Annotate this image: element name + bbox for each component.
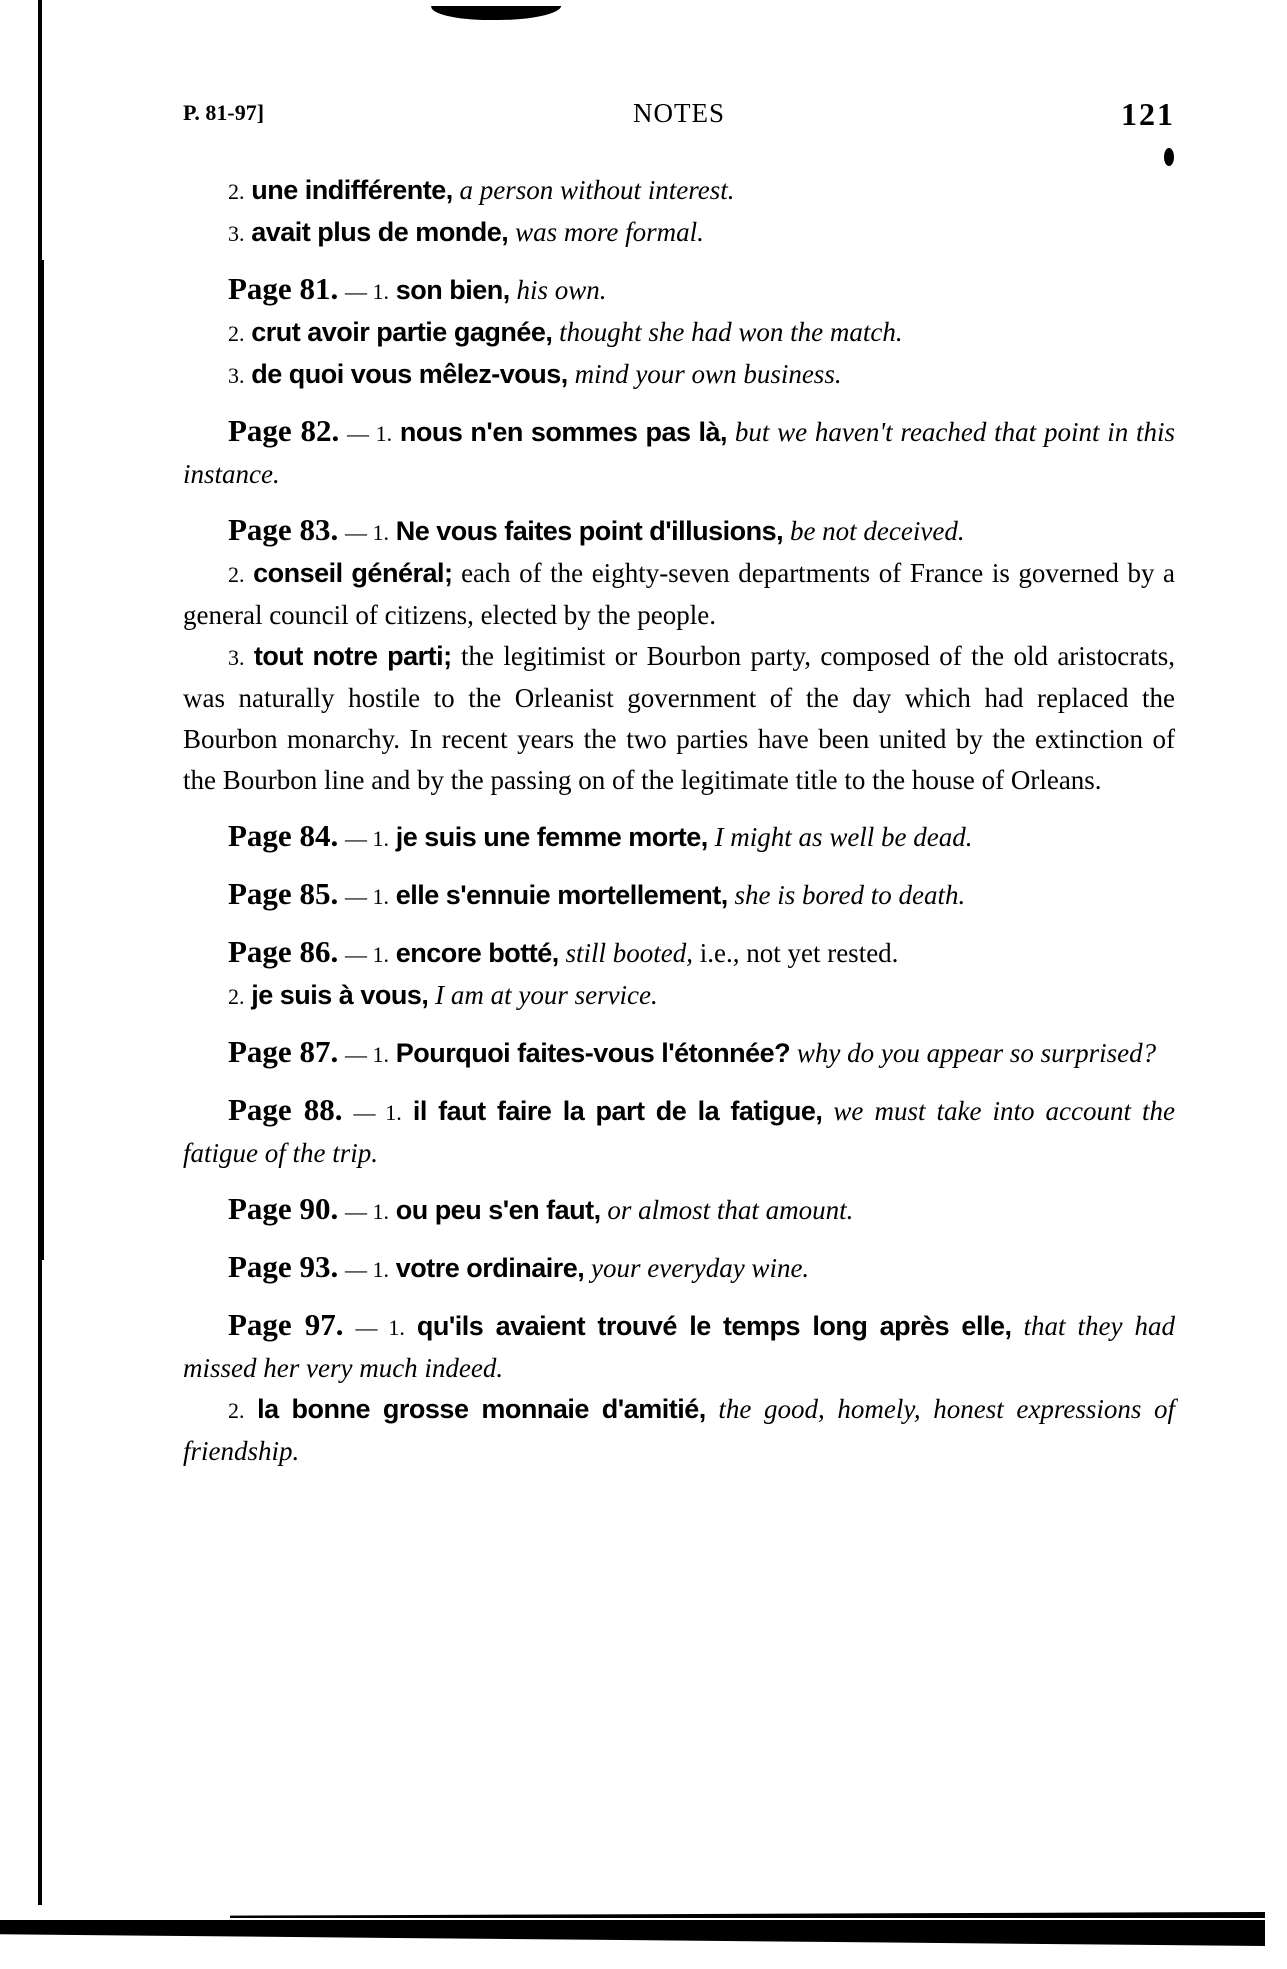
page-label: Page 86. [228, 934, 338, 969]
page-label: Page 93. [228, 1249, 338, 1284]
note-item: 2. crut avoir partie gagnée, thought she… [183, 312, 1175, 354]
translation: mind your own business. [575, 359, 842, 389]
french-phrase: il faut faire la part de la fatigue, [413, 1096, 823, 1126]
page-label: Page 87. [228, 1034, 338, 1069]
note-item: 3. de quoi vous mêlez-vous, mind your ow… [183, 354, 1175, 396]
note-item: Page 83. — 1. Ne vous faites point d'ill… [183, 509, 1175, 553]
translation: thought she had won the match. [559, 317, 902, 347]
note-item: 3. tout notre parti; the legitimist or B… [183, 636, 1175, 801]
running-header: P. 81-97] NOTES 121 [183, 100, 1175, 140]
note-item: Page 88. — 1. il faut faire la part de l… [183, 1089, 1175, 1174]
translation: why do you appear so surprised? [797, 1038, 1156, 1068]
note-item: Page 93. — 1. votre ordinaire, your ever… [183, 1246, 1175, 1290]
notes-body: 2. une indifférente, a person without in… [183, 170, 1175, 1472]
page-label: Page 81. [228, 271, 338, 306]
page-number: 121 [1121, 96, 1175, 133]
note-item: 3. avait plus de monde, was more formal. [183, 212, 1175, 254]
note-item: Page 82. — 1. nous n'en sommes pas là, b… [183, 410, 1175, 495]
translation: still booted, [565, 938, 693, 968]
note-item: Page 90. — 1. ou peu s'en faut, or almos… [183, 1188, 1175, 1232]
french-phrase: tout notre parti; [254, 641, 452, 671]
french-phrase: encore botté, [396, 938, 559, 968]
translation: she is bored to death. [734, 880, 965, 910]
section-title: NOTES [183, 98, 1175, 129]
french-phrase: ou peu s'en faut, [396, 1195, 601, 1225]
translation: his own. [516, 275, 606, 305]
translation: I might as well be dead. [715, 822, 973, 852]
note-item: Page 81. — 1. son bien, his own. [183, 268, 1175, 312]
scan-shadow [230, 1912, 1265, 1918]
translation: a person without interest. [460, 175, 735, 205]
translation: be not deceived. [790, 516, 965, 546]
note-item: Page 97. — 1. qu'ils avaient trouvé le t… [183, 1304, 1175, 1389]
french-phrase: crut avoir partie gagnée, [251, 317, 552, 347]
page-edge-shadow [41, 260, 44, 1260]
note-item: Page 87. — 1. Pourquoi faites-vous l'éto… [183, 1031, 1175, 1075]
french-phrase: la bonne grosse monnaie d'amitié, [257, 1394, 706, 1424]
french-phrase: avait plus de monde, [251, 217, 508, 247]
translation: was more formal. [515, 217, 704, 247]
french-phrase: qu'ils avaient trouvé le temps long aprè… [417, 1311, 1012, 1341]
page-label: Page 84. [228, 818, 338, 853]
page-label: Page 85. [228, 876, 338, 911]
note-item: 2. conseil général; each of the eighty-s… [183, 553, 1175, 636]
page-label: Page 83. [228, 512, 338, 547]
page-label: Page 97. [228, 1307, 343, 1342]
french-phrase: son bien, [396, 275, 510, 305]
note-item: Page 85. — 1. elle s'ennuie mortellement… [183, 873, 1175, 917]
note-item: 2. une indifférente, a person without in… [183, 170, 1175, 212]
translation: your everyday wine. [591, 1253, 809, 1283]
note-item: Page 84. — 1. je suis une femme morte, I… [183, 815, 1175, 859]
translation: or almost that amount. [607, 1195, 853, 1225]
french-phrase: une indifférente, [251, 175, 453, 205]
page-bottom-edge [0, 1920, 1265, 1946]
french-phrase: elle s'ennuie mortellement, [396, 880, 728, 910]
french-phrase: de quoi vous mêlez-vous, [251, 359, 568, 389]
page-label: Page 88. [228, 1092, 342, 1127]
french-phrase: Ne vous faites point d'illusions, [396, 516, 783, 546]
french-phrase: conseil général; [253, 558, 452, 588]
page-label: Page 90. [228, 1191, 338, 1226]
french-phrase: Pourquoi faites-vous l'étonnée? [396, 1038, 790, 1068]
french-phrase: votre ordinaire, [396, 1253, 585, 1283]
note-item: 2. la bonne grosse monnaie d'amitié, the… [183, 1389, 1175, 1472]
explanation: i.e., not yet rested. [700, 938, 899, 968]
french-phrase: je suis une femme morte, [396, 822, 708, 852]
french-phrase: nous n'en sommes pas là, [400, 417, 727, 447]
scan-smudge [429, 6, 561, 20]
french-phrase: je suis à vous, [251, 980, 428, 1010]
ink-mark [1164, 148, 1174, 166]
note-item: 2. je suis à vous, I am at your service. [183, 975, 1175, 1017]
translation: I am at your service. [435, 980, 658, 1010]
note-item: Page 86. — 1. encore botté, still booted… [183, 931, 1175, 975]
page-label: Page 82. [228, 413, 339, 448]
